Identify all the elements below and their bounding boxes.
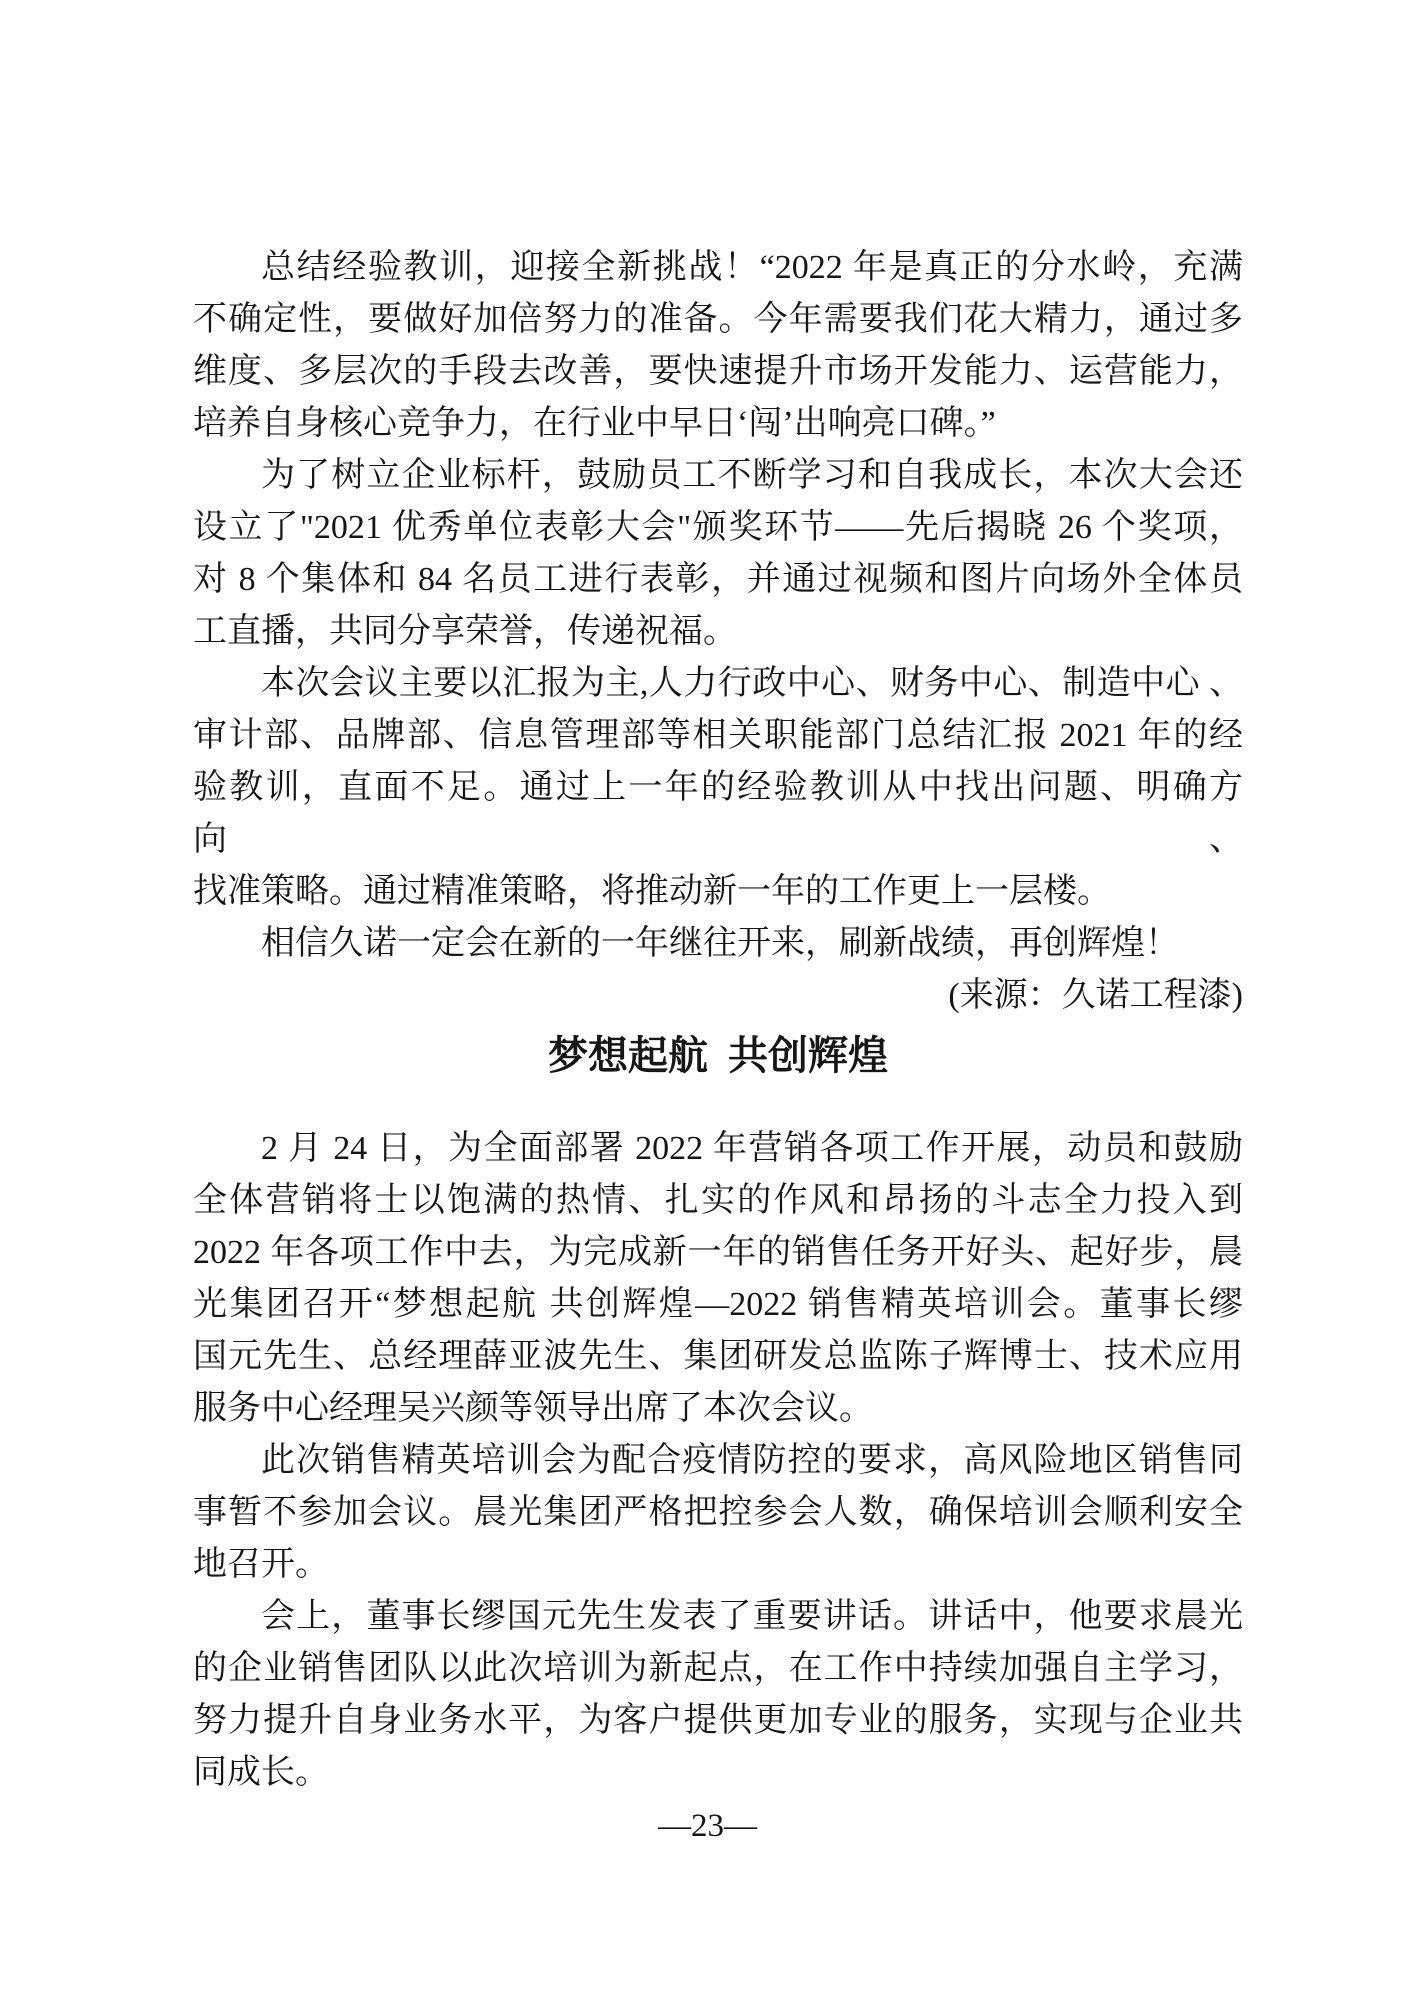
text-line: 的企业销售团队以此次培训为新起点，在工作中持续加强自主学习，: [193, 1643, 1243, 1695]
paragraph: 会上，董事长缪国元先生发表了重要讲话。讲话中，他要求晨光 的企业销售团队以此次培…: [193, 1591, 1243, 1799]
source-attribution: (来源：久诺工程漆): [193, 970, 1243, 1022]
text-line: 不确定性，要做好加倍努力的准备。今年需要我们花大精力，通过多: [193, 294, 1243, 346]
text-line: 维度、多层次的手段去改善，要快速提升市场开发能力、运营能力，: [193, 346, 1243, 398]
text-line: 设立了"2021 优秀单位表彰大会"颁奖环节——先后揭晓 26 个奖项，: [193, 502, 1243, 554]
text-line: 2022 年各项工作中去，为完成新一年的销售任务开好头、起好步，晨: [193, 1227, 1243, 1279]
text-line: 此次销售精英培训会为配合疫情防控的要求，高风险地区销售同: [193, 1435, 1243, 1487]
paragraph: 本次会议主要以汇报为主,人力行政中心、财务中心、制造中心 、 审计部、品牌部、信…: [193, 658, 1243, 918]
article-title: 梦想起航 共创辉煌: [193, 1030, 1243, 1082]
text-line: 培养自身核心竞争力，在行业中早日‘闯’出响亮口碑。”: [193, 398, 1243, 450]
page-number: —23—: [0, 1806, 1415, 1846]
text-line: 对 8 个集体和 84 名员工进行表彰，并通过视频和图片向场外全体员: [193, 554, 1243, 606]
text-line: 事暂不参加会议。晨光集团严格把控参会人数，确保培训会顺利安全: [193, 1487, 1243, 1539]
paragraph: 总结经验教训，迎接全新挑战！“2022 年是真正的分水岭，充满 不确定性，要做好…: [193, 242, 1243, 450]
paragraph: 相信久诺一定会在新的一年继往开来，刷新战绩，再创辉煌！: [193, 918, 1243, 970]
document-page-body: 总结经验教训，迎接全新挑战！“2022 年是真正的分水岭，充满 不确定性，要做好…: [193, 242, 1243, 1799]
text-line: 验教训，直面不足。通过上一年的经验教训从中找出问题、明确方向、: [193, 762, 1243, 866]
text-line: 相信久诺一定会在新的一年继往开来，刷新战绩，再创辉煌！: [193, 918, 1243, 970]
text-line: 国元先生、总经理薛亚波先生、集团研发总监陈子辉博士、技术应用: [193, 1331, 1243, 1383]
text-line: 审计部、品牌部、信息管理部等相关职能部门总结汇报 2021 年的经: [193, 710, 1243, 762]
text-line: 地召开。: [193, 1539, 1243, 1591]
text-line: 光集团召开“梦想起航 共创辉煌—2022 销售精英培训会。董事长缪: [193, 1279, 1243, 1331]
text-line: 总结经验教训，迎接全新挑战！“2022 年是真正的分水岭，充满: [193, 242, 1243, 294]
text-line: 为了树立企业标杆，鼓励员工不断学习和自我成长，本次大会还: [193, 450, 1243, 502]
text-line: 服务中心经理吴兴颜等领导出席了本次会议。: [193, 1383, 1243, 1435]
paragraph: 2 月 24 日，为全面部署 2022 年营销各项工作开展，动员和鼓励 全体营销…: [193, 1123, 1243, 1435]
paragraph: 为了树立企业标杆，鼓励员工不断学习和自我成长，本次大会还 设立了"2021 优秀…: [193, 450, 1243, 658]
text-line: 努力提升自身业务水平，为客户提供更加专业的服务，实现与企业共: [193, 1695, 1243, 1747]
text-line: 会上，董事长缪国元先生发表了重要讲话。讲话中，他要求晨光: [193, 1591, 1243, 1643]
paragraph: 此次销售精英培训会为配合疫情防控的要求，高风险地区销售同 事暂不参加会议。晨光集…: [193, 1435, 1243, 1591]
text-line: 2 月 24 日，为全面部署 2022 年营销各项工作开展，动员和鼓励: [193, 1123, 1243, 1175]
text-line: 同成长。: [193, 1747, 1243, 1799]
text-line: 本次会议主要以汇报为主,人力行政中心、财务中心、制造中心 、: [193, 658, 1243, 710]
text-line: 全体营销将士以饱满的热情、扎实的作风和昂扬的斗志全力投入到: [193, 1175, 1243, 1227]
text-line: 工直播，共同分享荣誉，传递祝福。: [193, 606, 1243, 658]
text-line: 找准策略。通过精准策略，将推动新一年的工作更上一层楼。: [193, 866, 1243, 918]
